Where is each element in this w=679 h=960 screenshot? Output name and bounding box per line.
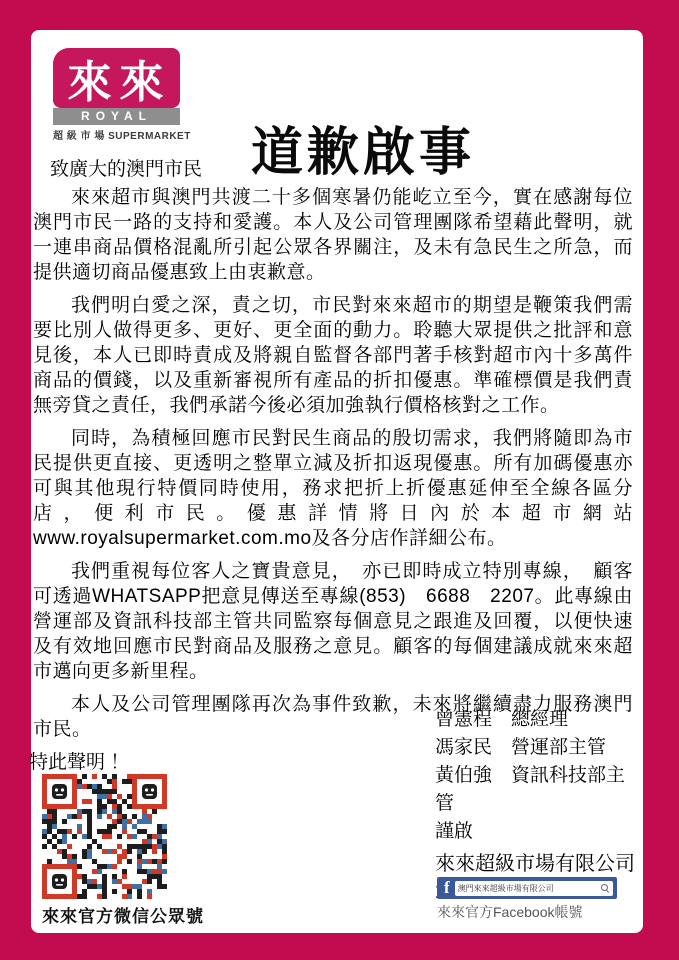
signatory: 曾憲程 總經理	[435, 706, 643, 734]
royal-supermarket-logo: 來來 ROYAL 超 級 市 場 SUPERMARKET	[53, 48, 180, 142]
facebook-search-field: 澳門來來超級市場有限公司	[455, 881, 613, 896]
logo-subtitle: 超 級 市 場 SUPERMARKET	[53, 127, 184, 142]
company-name: 來來超級市場有限公司	[435, 851, 643, 877]
wechat-caption: 來來官方微信公眾號	[42, 902, 204, 927]
signatory: 黃伯強 資訊科技部主管	[435, 762, 643, 818]
wechat-qr-code-icon	[42, 774, 167, 899]
apology-notice-poster: { "colors": { "frame": "#c30b50", "logo_…	[0, 0, 679, 960]
facebook-caption: 來來官方Facebook帳號	[437, 902, 649, 922]
facebook-logo-icon: f	[444, 877, 450, 899]
logo-wordmark: 來來	[53, 48, 180, 108]
wechat-section: 來來官方微信公眾號	[42, 774, 204, 927]
facebook-section: f 澳門來來超級市場有限公司 來來官方Facebook帳號	[437, 877, 649, 922]
logo-royal-bar: ROYAL	[53, 108, 180, 125]
facebook-search-text: 澳門來來超級市場有限公司	[458, 883, 601, 894]
paragraph: 我們明白愛之深，責之切，市民對來來超市的期望是鞭策我們需要比別人做得更多、更好、…	[33, 293, 633, 418]
search-icon	[601, 884, 609, 892]
paragraph: 來來超市與澳門共渡二十多個寒暑仍能屹立至今，實在感謝每位澳門市民一路的支持和愛護…	[33, 185, 633, 285]
signatory: 馮家民 營運部主管	[435, 734, 643, 762]
signature-block: 曾憲程 總經理 馮家民 營運部主管 黃伯強 資訊科技部主管 謹啟 來來超級市場有…	[435, 706, 643, 905]
paragraph: 我們重視每位客人之寶貴意見， 亦已即時成立特別專線， 顧客可透過WHATSAPP…	[33, 559, 633, 684]
signoff: 謹啟	[435, 818, 643, 846]
notice-sheet: 來來 ROYAL 超 級 市 場 SUPERMARKET 道歉啟事 致廣大的澳門…	[31, 30, 643, 933]
notice-body: 致廣大的澳門市民 來來超市與澳門共渡二十多個寒暑仍能屹立至今，實在感謝每位澳門市…	[33, 157, 633, 775]
paragraph: 同時，為積極回應市民對民生商品的殷切需求，我們將隨即為市民提供更直接、更透明之整…	[33, 426, 633, 551]
facebook-search-bar: f 澳門來來超級市場有限公司	[437, 877, 617, 899]
salutation: 致廣大的澳門市民	[50, 157, 633, 182]
